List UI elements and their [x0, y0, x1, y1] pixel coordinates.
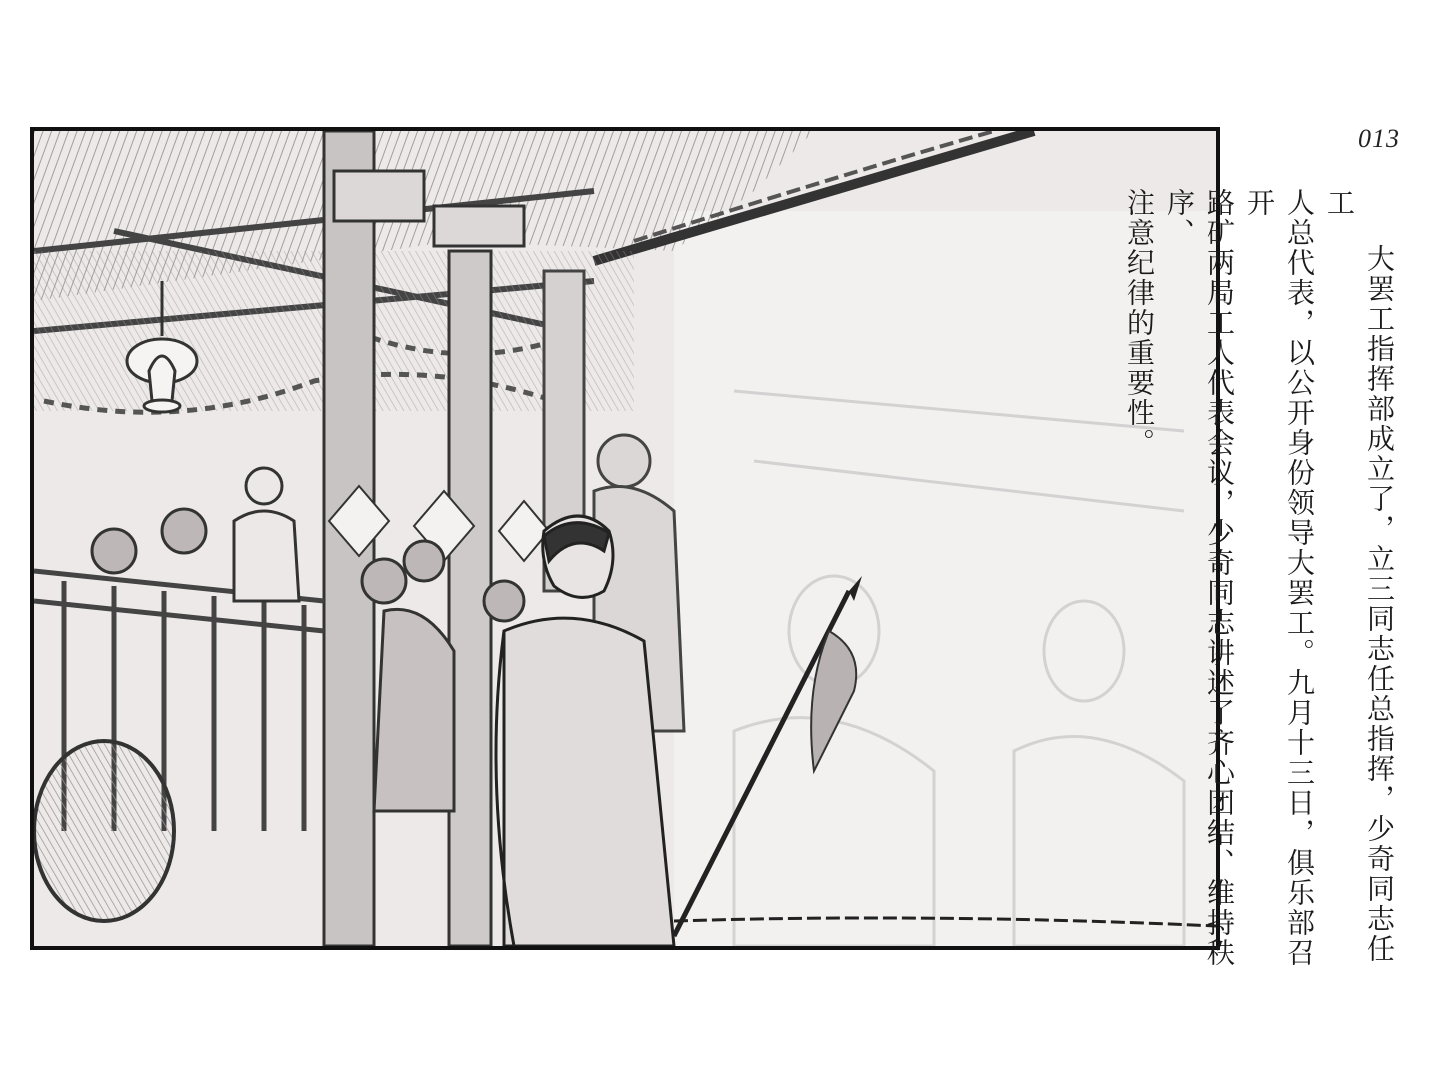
caption-line-1: 大罢工指挥部成立了，立三同志任总指挥，少奇同志任工	[1319, 188, 1399, 988]
caption-line-3: 路矿两局工人代表会议，少奇同志讲述了齐心团结、维持秩序、	[1159, 188, 1239, 988]
sketch-illustration-icon	[34, 131, 1216, 946]
caption-text: 大罢工指挥部成立了，立三同志任总指挥，少奇同志任工 人总代表，以公开身份领导大罢…	[1119, 188, 1399, 988]
caption-line-4: 注意纪律的重要性。	[1119, 188, 1159, 988]
caption-line-2: 人总代表，以公开身份领导大罢工。九月十三日，俱乐部召开	[1239, 188, 1319, 988]
illustration	[30, 127, 1220, 950]
page-number: 013	[1358, 124, 1400, 154]
